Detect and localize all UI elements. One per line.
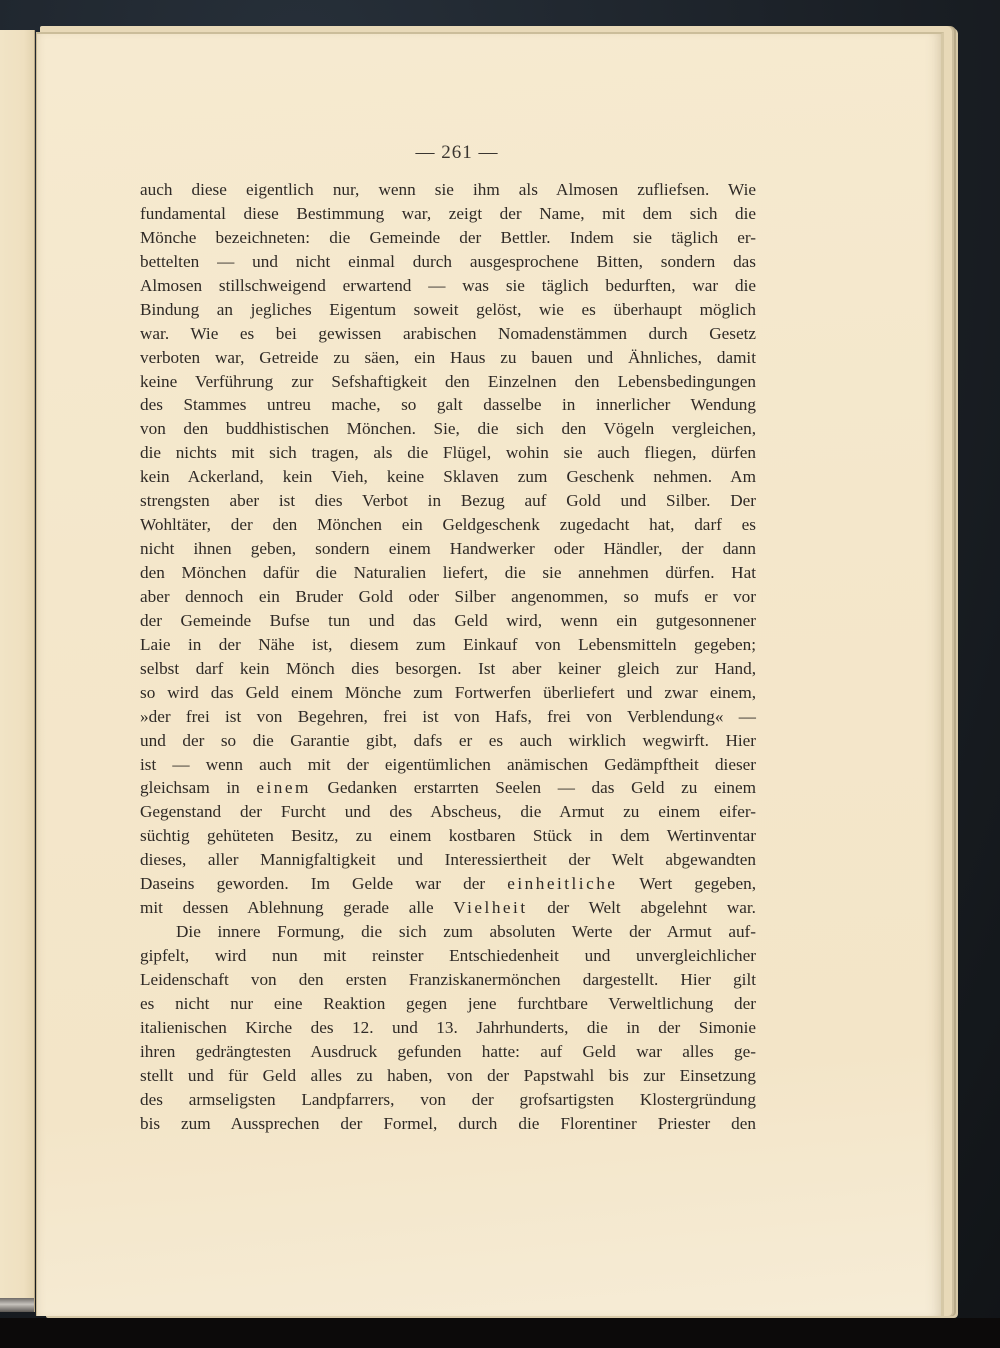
text-line: aber dennoch ein Bruder Gold oder Silber…: [140, 585, 756, 609]
text-line: es nicht nur eine Reaktion gegen jene fu…: [140, 992, 756, 1016]
text-line: nicht ihnen geben, sondern einem Handwer…: [140, 537, 756, 561]
text-line: süchtig gehüteten Besitz, zu einem kostb…: [140, 824, 756, 848]
text-line: fundamental diese Bestimmung war, zeigt …: [140, 202, 756, 226]
text-line: des armseligsten Landpfarrers, von der g…: [140, 1088, 756, 1112]
text-line: »der frei ist von Begehren, frei ist von…: [140, 705, 756, 729]
text-line: kein Ackerland, kein Vieh, keine Sklaven…: [140, 465, 756, 489]
text-run: gleichsam in: [140, 778, 256, 797]
text-line: dieses, aller Mannigfaltigkeit und Inter…: [140, 848, 756, 872]
text-line: mit dessen Ablehnung gerade alle Vielhei…: [140, 896, 756, 920]
text-line: Leidenschaft von den ersten Franziskaner…: [140, 968, 756, 992]
text-line: so wird das Geld einem Mönche zum Fortwe…: [140, 681, 756, 705]
text-line: Bindung an jegliches Eigentum soweit gel…: [140, 298, 756, 322]
text-run: Daseins geworden. Im Gelde war der: [140, 874, 507, 893]
text-line: selbst darf kein Mönch dies besorgen. Is…: [140, 657, 756, 681]
text-run: Wert gegeben,: [617, 874, 756, 893]
emphasis-spaced: Vielheit: [453, 898, 527, 917]
text-line: ihren gedrängtesten Ausdruck gefunden ha…: [140, 1040, 756, 1064]
text-line: verboten war, Getreide zu säen, ein Haus…: [140, 346, 756, 370]
facing-page-bottom-edge: [0, 1298, 34, 1312]
text-line: Mönche bezeichneten: die Gemeinde der Be…: [140, 226, 756, 250]
facing-page-edge: [0, 30, 35, 1312]
text-line: bis zum Aussprechen der Formel, durch di…: [140, 1112, 756, 1136]
text-line: ist — wenn auch mit der eigentümlichen a…: [140, 753, 756, 777]
scan-bottom-shadow: [0, 1318, 1000, 1348]
emphasis-spaced: einheitliche: [507, 874, 617, 893]
text-line: der Gemeinde Bufse tun und das Geld wird…: [140, 609, 756, 633]
text-line: die nichts mit sich tragen, als die Flüg…: [140, 441, 756, 465]
paragraph-start-line: Die innere Formung, die sich zum absolut…: [140, 920, 756, 944]
text-line: keine Verführung zur Sefshaftigkeit den …: [140, 370, 756, 394]
page-number: — 261 —: [402, 142, 512, 164]
text-run: der Welt abgelehnt war.: [528, 898, 756, 917]
text-line: Almosen stillschweigend erwartend — was …: [140, 274, 756, 298]
text-line: stellt und für Geld alles zu haben, von …: [140, 1064, 756, 1088]
text-line: italienischen Kirche des 12. und 13. Jah…: [140, 1016, 756, 1040]
text-line: Daseins geworden. Im Gelde war der einhe…: [140, 872, 756, 896]
text-line: bettelten — und nicht einmal durch ausge…: [140, 250, 756, 274]
text-line: gleichsam in einem Gedanken erstarrten S…: [140, 776, 756, 800]
text-line: von den buddhistischen Mönchen. Sie, die…: [140, 417, 756, 441]
text-line: war. Wie es bei gewissen arabischen Noma…: [140, 322, 756, 346]
emphasis-spaced: einem: [256, 778, 311, 797]
text-run: mit dessen Ablehnung gerade alle: [140, 898, 453, 917]
body-text: auch diese eigentlich nur, wenn sie ihm …: [140, 178, 756, 1136]
text-line: auch diese eigentlich nur, wenn sie ihm …: [140, 178, 756, 202]
text-line: Wohltäter, der den Mönchen ein Geldgesch…: [140, 513, 756, 537]
text-line: den Mönchen dafür die Naturalien liefert…: [140, 561, 756, 585]
text-run: Gedanken erstarrten Seelen — das Geld zu…: [311, 778, 756, 797]
text-line: Gegenstand der Furcht und des Abscheus, …: [140, 800, 756, 824]
text-line: und der so die Garantie gibt, dafs er es…: [140, 729, 756, 753]
text-line: gipfelt, wird nun mit reinster Entschied…: [140, 944, 756, 968]
text-line: Laie in der Nähe ist, diesem zum Einkauf…: [140, 633, 756, 657]
text-line: des Stammes untreu mache, so galt dassel…: [140, 393, 756, 417]
text-line: strengsten aber ist dies Verbot in Bezug…: [140, 489, 756, 513]
